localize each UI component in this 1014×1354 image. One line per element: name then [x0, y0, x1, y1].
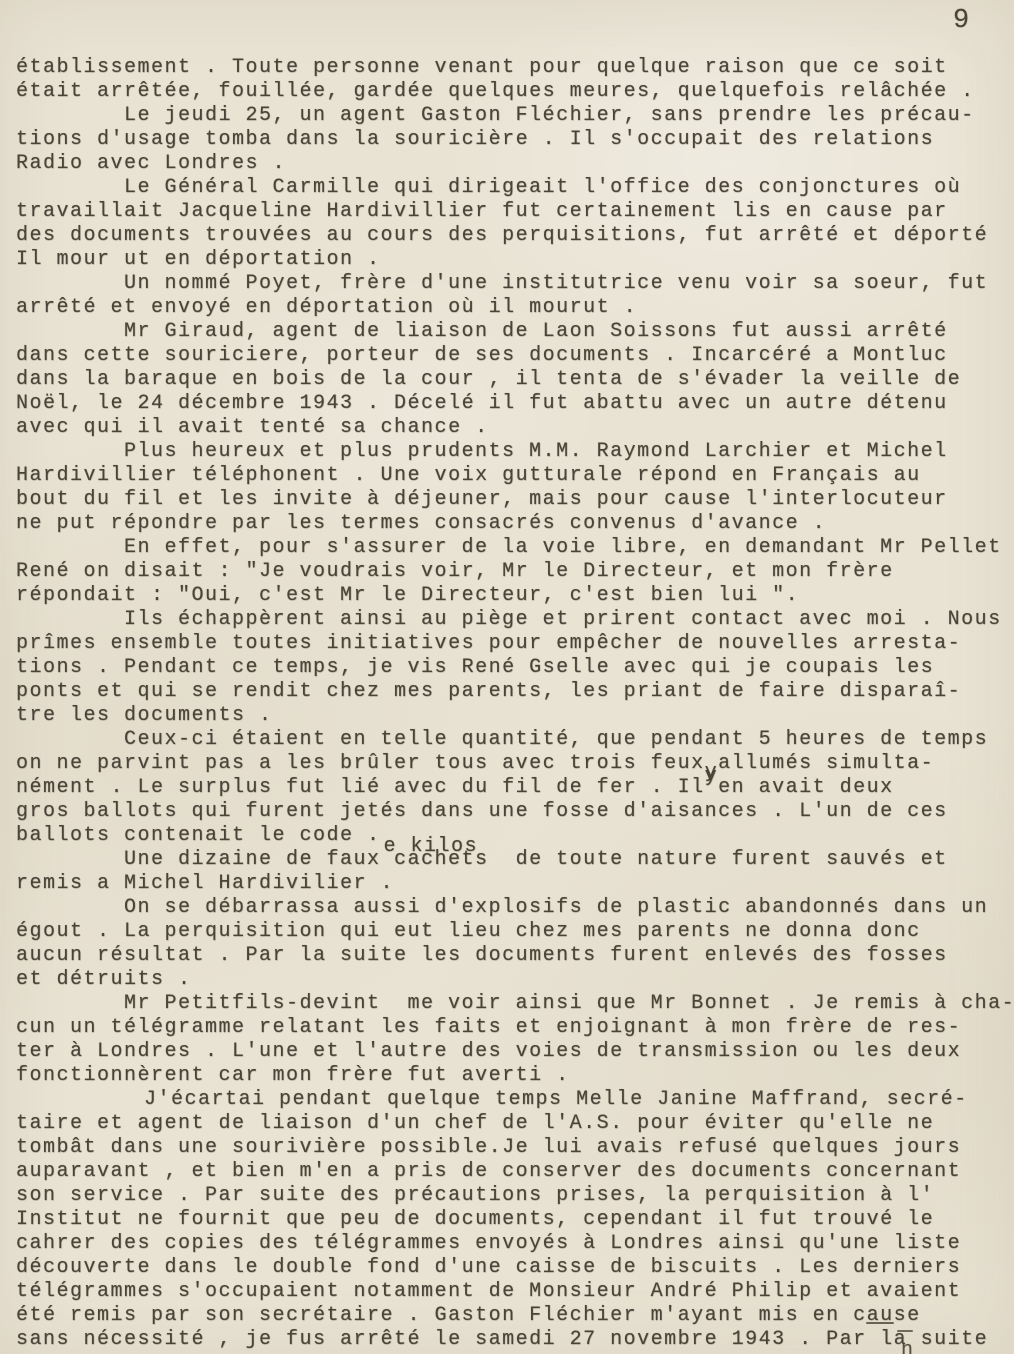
paragraph-ceux-ci: Ceux-ci étaient en telle quantité, que p…	[16, 728, 1012, 848]
typewritten-page: 9 établissement . Toute personne venant …	[0, 0, 1014, 1354]
paragraph-mr-giraud: Mr Giraud, agent de liaison de Laon Sois…	[16, 320, 1012, 440]
paragraph-en-effet: En effet, pour s'assurer de la voie libr…	[16, 536, 1012, 608]
paragraph-general-carmille: Le Général Carmille qui dirigeait l'offi…	[16, 176, 1012, 272]
page-body: établissement . Toute personne venant po…	[16, 56, 1012, 1352]
paragraph-echapperent: Ils échappèrent ainsi au piège et priren…	[16, 608, 1012, 728]
typed-high-y: y	[705, 765, 719, 788]
line: allumés simulta-	[718, 752, 934, 775]
page-number: 9	[953, 6, 969, 36]
line: en avait deux	[718, 776, 894, 799]
line: Une dizaine	[124, 848, 273, 871]
typewriter-overstrike-mark	[897, 1330, 913, 1332]
line: nément . Le surplus fut lié avec du fil …	[16, 776, 705, 799]
paragraph-poyet: Un nommé Poyet, frère d'une institutrice…	[16, 272, 1012, 320]
paragraph-telephone: Plus heureux et plus prudents M.M. Raymo…	[16, 440, 1012, 536]
paragraph-dizaine-cachets: Une dizainee kilos de faux cachets de to…	[16, 848, 1012, 896]
line: on ne parvint pas a les brûler tous avec…	[16, 752, 705, 775]
interline-insertion: e kilos	[276, 835, 479, 859]
paragraph-jecartai: J'écartai pendant quelque temps Melle Ja…	[16, 1088, 1012, 1352]
line: gros ballots qui furent jetés dans une f…	[16, 800, 948, 823]
paragraph-explosifs: On se débarrassa aussi d'explosifs de pl…	[16, 896, 1012, 992]
paragraph-etablissement: établissement . Toute personne venant po…	[16, 56, 1012, 104]
line: Ceux-ci étaient en telle quantité, que p…	[124, 728, 988, 751]
typewriter-underline-mark	[866, 1322, 894, 1324]
paragraph-petitfils: Mr Petitfils-devint me voir ainsi que Mr…	[16, 992, 1012, 1088]
stray-typed-character: n	[901, 1339, 915, 1354]
paragraph-jeudi-25: Le jeudi 25, un agent Gaston Fléchier, s…	[16, 104, 1012, 176]
